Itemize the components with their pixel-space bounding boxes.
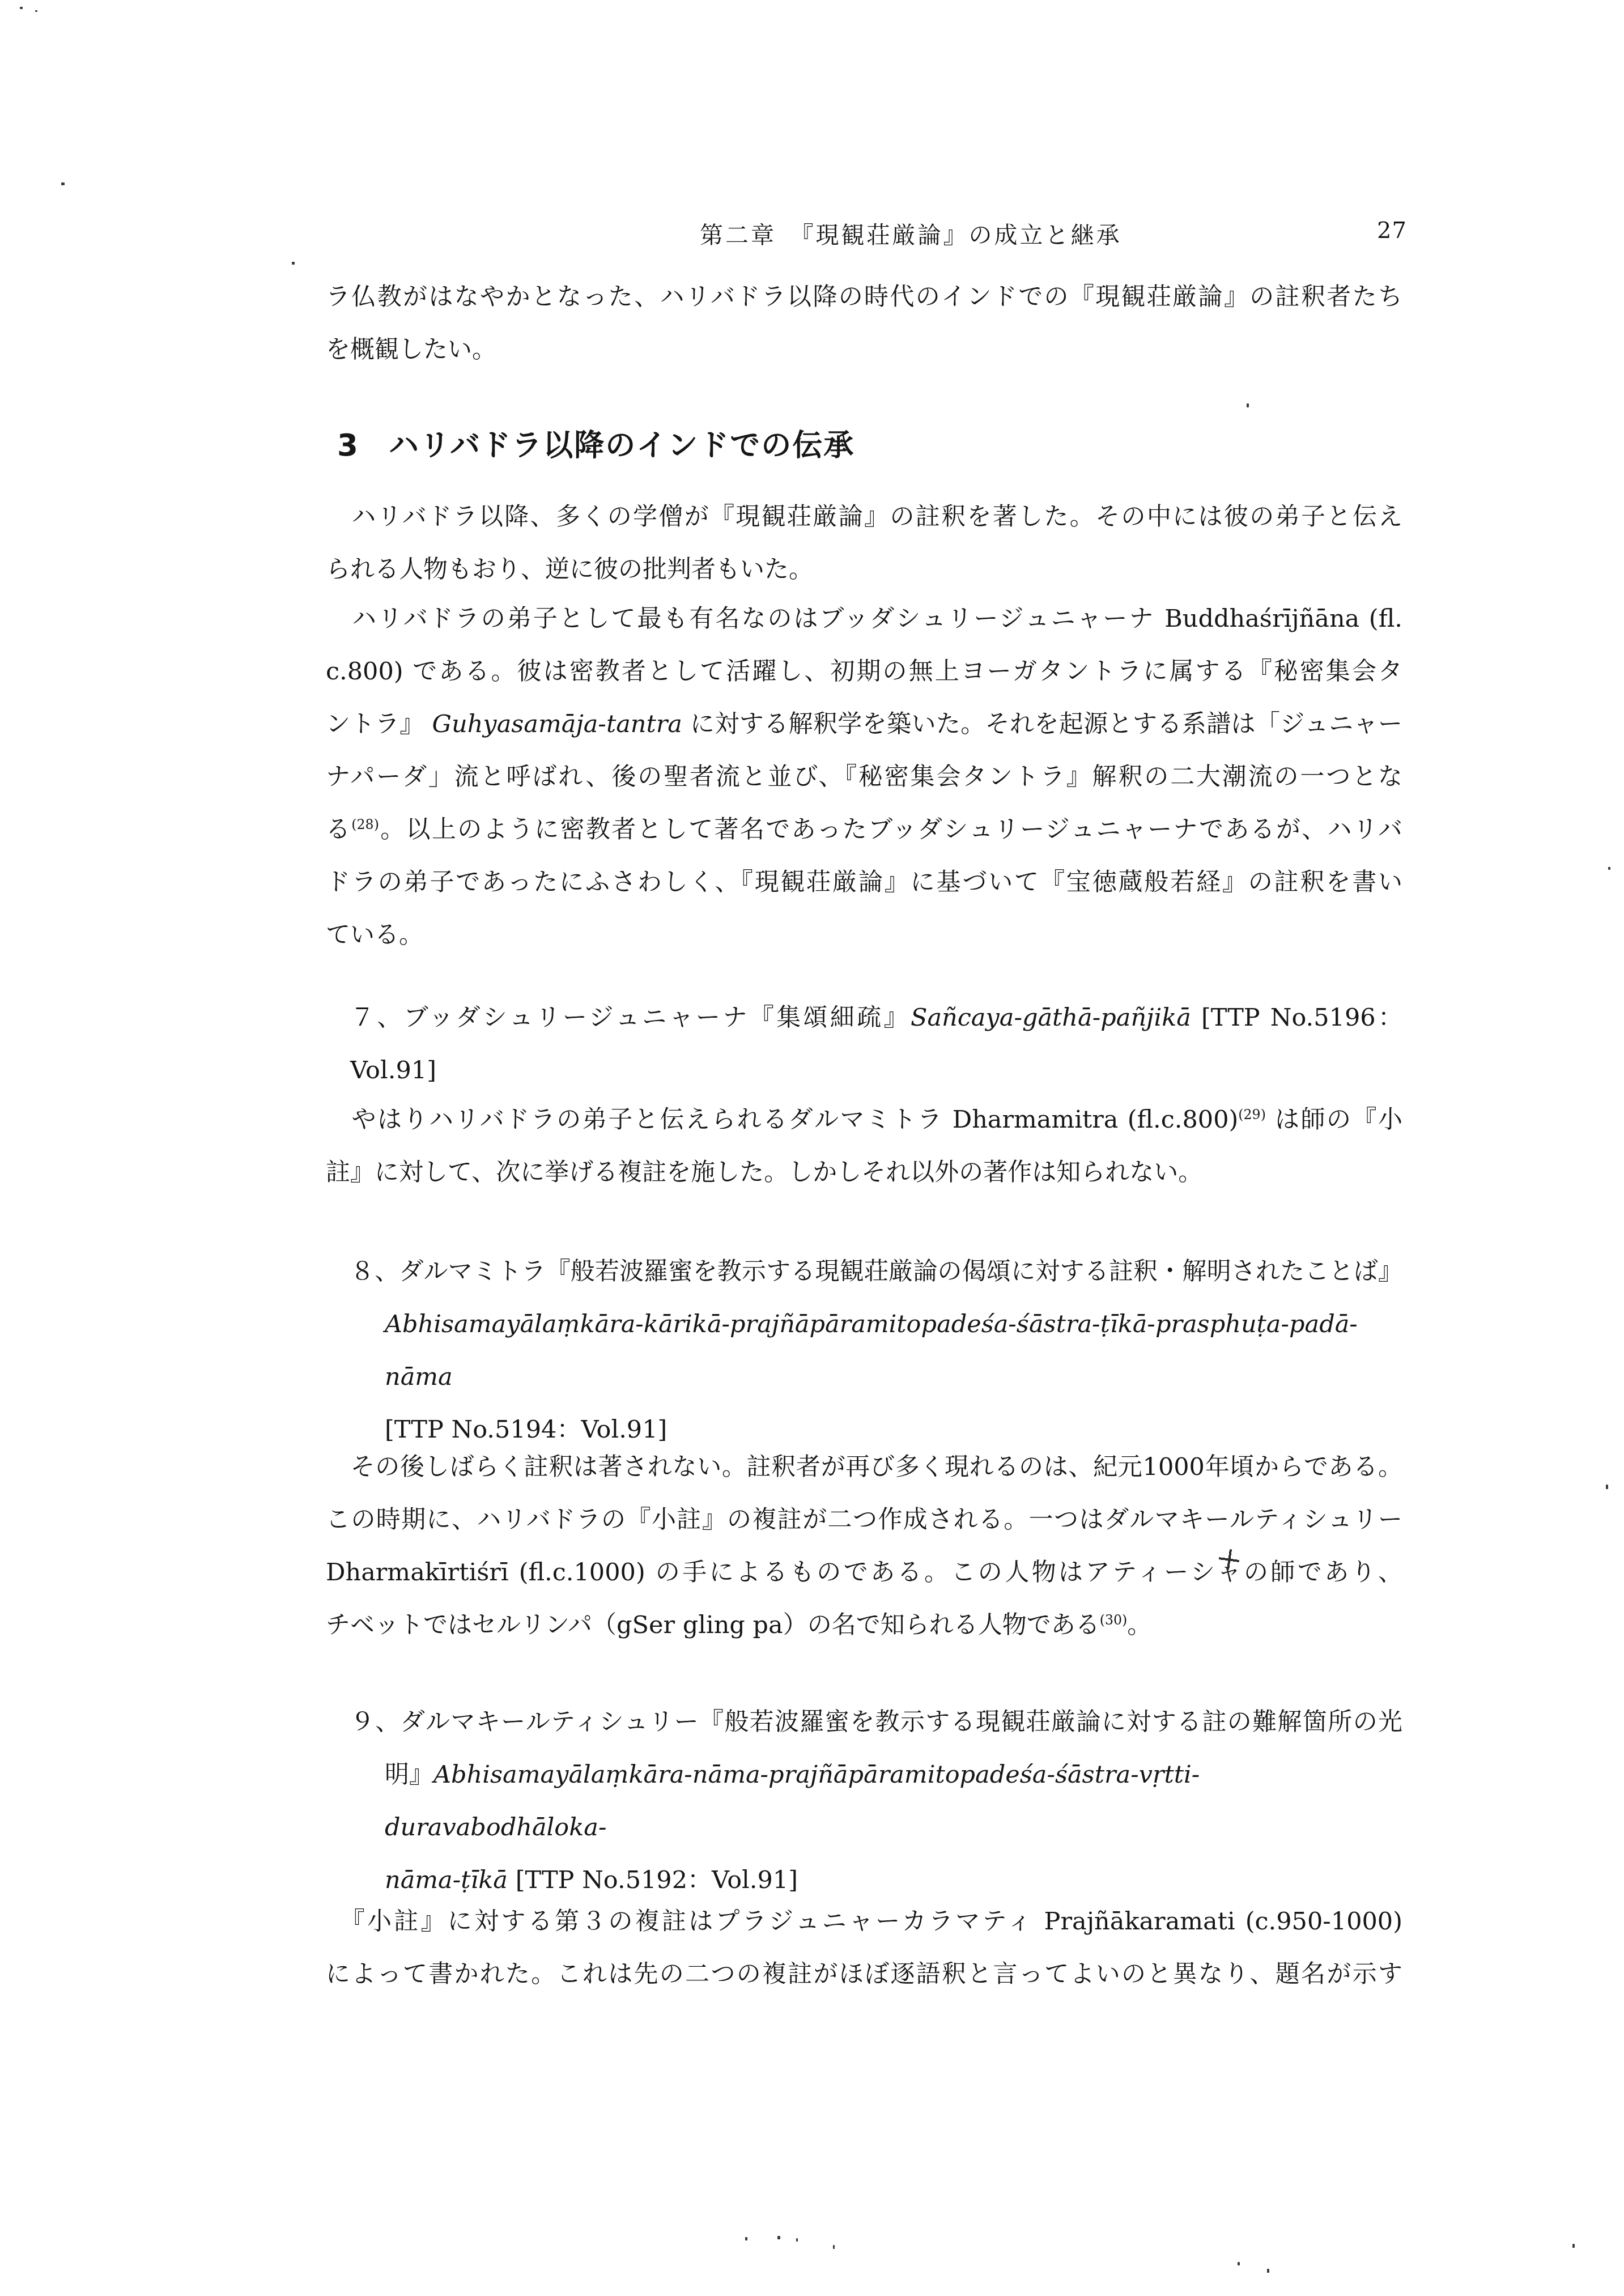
text-segment: ントラ』 xyxy=(326,710,432,738)
text-segment: [TTP No.5192：Vol.91] xyxy=(508,1866,798,1894)
text-line: やはりハリバドラの弟子と伝えられるダルマミトラ Dharmamitra (fl.… xyxy=(326,1094,1402,1146)
text-segment: [TTP No.5194：Vol.91] xyxy=(385,1415,667,1444)
scan-noise-dot xyxy=(796,2238,798,2242)
text-segment: を概観したい。 xyxy=(326,335,496,364)
scan-noise-dot xyxy=(745,2237,747,2240)
text-line: ７、ブッダシュリージュニャーナ『集頌細疏』Sañcaya-gāthā-pañji… xyxy=(326,992,1402,1097)
footnote-reference: (28) xyxy=(351,817,379,832)
text-segment: 明』 xyxy=(385,1761,433,1789)
sanskrit-title: Abhisamayālaṃkāra-kārikā-prajñāpāramitop… xyxy=(385,1310,1358,1391)
text-segment: 註』に対して、次に挙げる複註を施した。しかしそれ以外の著作は知られない。 xyxy=(326,1158,1202,1187)
paragraph: その後しばらく註釈は著されない。註釈者が再び多く現れるのは、紀元1000年頃から… xyxy=(326,1441,1402,1652)
text-line: この時期に、ハリバドラの『小註』の複註が二つ作成される。一つはダルマキールティシ… xyxy=(326,1494,1402,1546)
scan-noise-dot xyxy=(1238,2262,1240,2265)
text-line: によって書かれた。これは先の二つの複註がほぼ逐語釈と言ってよいのと異なり、題名が… xyxy=(326,1948,1402,2001)
text-segment: ハリバドラの弟子として最も有名なのはブッダシュリージュニャーナ Buddhaśr… xyxy=(326,605,1402,633)
text-line: チベットではセルリンパ（gSer gling pa）の名で知られる人物である(3… xyxy=(326,1599,1402,1652)
text-segment: ラ仏教がはなやかとなった、ハリバドラ以降の時代のインドでの『現観荘厳論』の註釈者… xyxy=(326,283,1402,311)
section-number: 3 xyxy=(337,426,359,466)
footnote-reference: (30) xyxy=(1100,1612,1128,1628)
scan-noise-dot xyxy=(1572,2244,1575,2248)
text-line: Dharmakīrtiśrī (fl.c.1000) の手によるものである。この… xyxy=(326,1546,1402,1599)
paragraph: 『小註』に対する第３の複註はプラジュニャーカラマティ Prajñākaramat… xyxy=(326,1895,1402,2001)
text-segment: 。以上のように密教者として著名であったブッダシュリージュニャーナであるが、ハリバ xyxy=(379,815,1402,844)
text-line: られる人物もおり、逆に彼の批判者もいた。 xyxy=(326,543,1402,596)
text-segment: 『小註』に対する第３の複註はプラジュニャーカラマティ Prajñākaramat… xyxy=(326,1907,1402,1936)
scan-noise-dot xyxy=(1247,403,1249,407)
text-segment: c.800) である。彼は密教者として活躍し、初期の無上ヨーガタントラに属する『… xyxy=(326,657,1402,686)
scan-noise-dot xyxy=(20,7,23,9)
text-segment: 。 xyxy=(1127,1611,1151,1639)
text-line: を概観したい。 xyxy=(326,324,1402,376)
sanskrit-title: nāma-ṭīkā xyxy=(385,1866,508,1894)
text-line: ラ仏教がはなやかとなった、ハリバドラ以降の時代のインドでの『現観荘厳論』の註釈者… xyxy=(326,271,1402,324)
scan-noise-dot xyxy=(292,262,295,265)
scan-noise-dot xyxy=(1606,1485,1608,1489)
paragraph: やはりハリバドラの弟子と伝えられるダルマミトラ Dharmamitra (fl.… xyxy=(326,1094,1402,1199)
scan-noise-dot xyxy=(35,10,37,12)
text-segment: その後しばらく註釈は著されない。註釈者が再び多く現れるのは、紀元1000年頃から… xyxy=(326,1453,1402,1481)
page-number: 27 xyxy=(1377,218,1407,244)
text-segment: ャ xyxy=(1217,1558,1243,1587)
text-line: 註』に対して、次に挙げる複註を施した。しかしそれ以外の著作は知られない。 xyxy=(326,1146,1402,1199)
scanned-book-page: 第二章 『現観荘厳論』の成立と継承 27 ラ仏教がはなやかとなった、ハリバドラ以… xyxy=(0,0,1624,2296)
text-segment: やはりハリバドラの弟子と伝えられるダルマミトラ Dharmamitra (fl.… xyxy=(326,1106,1238,1134)
text-segment: は師の『小 xyxy=(1266,1106,1402,1134)
bibliography-item: ７、ブッダシュリージュニャーナ『集頌細疏』Sañcaya-gāthā-pañji… xyxy=(326,992,1402,1097)
scan-noise-dot xyxy=(61,182,65,185)
footnote-reference: (29) xyxy=(1238,1107,1266,1123)
text-line: ナパーダ」流と呼ばれ、後の聖者流と並び、『秘密集会タントラ』解釈の二大潮流の一つ… xyxy=(326,751,1402,803)
text-segment: この時期に、ハリバドラの『小註』の複註が二つ作成される。一つはダルマキールティシ… xyxy=(326,1506,1402,1534)
text-segment: Dharmakīrtiśrī (fl.c.1000) の手によるものである。この… xyxy=(326,1558,1217,1587)
text-line: 『小註』に対する第３の複註はプラジュニャーカラマティ Prajñākaramat… xyxy=(326,1895,1402,1948)
section-title: ハリバドラ以降のインドでの伝承 xyxy=(389,426,854,466)
text-segment: ８、ダルマミトラ『般若波羅蜜を教示する現観荘厳論の偈頌に対する註釈・解明されたこ… xyxy=(350,1257,1402,1286)
text-line: る(28)。以上のように密教者として著名であったブッダシュリージュニャーナである… xyxy=(326,803,1402,856)
sanskrit-title: Sañcaya-gāthā-pañjikā xyxy=(911,1004,1191,1032)
text-segment: ドラの弟子であったにふさわしく、『現観荘厳論』に基づいて『宝徳蔵般若経』の註釈を… xyxy=(326,868,1402,896)
running-head: 第二章 『現観荘厳論』の成立と継承 27 xyxy=(0,216,1624,250)
text-line: ている。 xyxy=(326,909,1402,962)
text-line: c.800) である。彼は密教者として活躍し、初期の無上ヨーガタントラに属する『… xyxy=(326,645,1402,698)
text-segment: ている。 xyxy=(326,921,423,949)
sanskrit-title: Abhisamayālaṃkāra-nāma-prajñāpāramitopad… xyxy=(385,1761,1200,1842)
text-segment: チベットではセルリンパ（gSer gling pa）の名で知られる人物である xyxy=(326,1611,1100,1639)
sanskrit-title: Guhyasamāja-tantra xyxy=(432,710,682,738)
text-segment: ハリバドラ以降、多くの学僧が『現観荘厳論』の註釈を著した。その中には彼の弟子と伝… xyxy=(326,503,1402,531)
text-segment: ９、ダルマキールティシュリー『般若波羅蜜を教示する現観荘厳論に対する註の難解箇所… xyxy=(350,1708,1402,1736)
section-heading: 3ハリバドラ以降のインドでの伝承 xyxy=(337,426,1414,466)
bibliography-item: ８、ダルマミトラ『般若波羅蜜を教示する現観荘厳論の偈頌に対する註釈・解明されたこ… xyxy=(326,1245,1402,1456)
paragraph: ハリバドラの弟子として最も有名なのはブッダシュリージュニャーナ Buddhaśr… xyxy=(326,593,1402,962)
text-line: 明』Abhisamayālaṃkāra-nāma-prajñāpāramitop… xyxy=(326,1749,1402,1854)
text-segment: ナパーダ」流と呼ばれ、後の聖者流と並び、『秘密集会タントラ』解釈の二大潮流の一つ… xyxy=(326,763,1402,791)
chapter-running-title: 第二章 『現観荘厳論』の成立と継承 xyxy=(700,216,1122,250)
text-segment: ７、ブッダシュリージュニャーナ『集頌細疏』 xyxy=(350,1004,911,1032)
scan-noise-dot xyxy=(1608,867,1610,870)
text-segment: によって書かれた。これは先の二つの複註がほぼ逐語釈と言ってよいのと異なり、題名が… xyxy=(326,1960,1402,1988)
text-line: その後しばらく註釈は著されない。註釈者が再び多く現れるのは、紀元1000年頃から… xyxy=(326,1441,1402,1494)
text-line: ９、ダルマキールティシュリー『般若波羅蜜を教示する現観荘厳論に対する註の難解箇所… xyxy=(326,1696,1402,1749)
bibliography-item: ９、ダルマキールティシュリー『般若波羅蜜を教示する現観荘厳論に対する註の難解箇所… xyxy=(326,1696,1402,1907)
scan-noise-dot xyxy=(833,2245,835,2249)
scan-noise-dot xyxy=(1267,2269,1269,2273)
paragraph: ラ仏教がはなやかとなった、ハリバドラ以降の時代のインドでの『現観荘厳論』の註釈者… xyxy=(326,271,1402,376)
text-line: ドラの弟子であったにふさわしく、『現観荘厳論』に基づいて『宝徳蔵般若経』の註釈を… xyxy=(326,856,1402,909)
text-line: ントラ』 Guhyasamāja-tantra に対する解釈学を築いた。それを起… xyxy=(326,698,1402,751)
text-segment: られる人物もおり、逆に彼の批判者もいた。 xyxy=(326,555,813,584)
paragraph: ハリバドラ以降、多くの学僧が『現観荘厳論』の註釈を著した。その中には彼の弟子と伝… xyxy=(326,491,1402,596)
text-segment: の師であり、 xyxy=(1244,1558,1402,1587)
scan-noise-dot xyxy=(777,2236,780,2239)
text-line: ハリバドラ以降、多くの学僧が『現観荘厳論』の註釈を著した。その中には彼の弟子と伝… xyxy=(326,491,1402,543)
text-segment: る xyxy=(326,815,351,844)
text-line: ハリバドラの弟子として最も有名なのはブッダシュリージュニャーナ Buddhaśr… xyxy=(326,593,1402,645)
text-segment: に対する解釈学を築いた。それを起源とする系譜は「ジュニャー xyxy=(682,710,1402,738)
text-line: Abhisamayālaṃkāra-kārikā-prajñāpāramitop… xyxy=(326,1298,1402,1404)
text-line: ８、ダルマミトラ『般若波羅蜜を教示する現観荘厳論の偈頌に対する註釈・解明されたこ… xyxy=(326,1245,1402,1298)
